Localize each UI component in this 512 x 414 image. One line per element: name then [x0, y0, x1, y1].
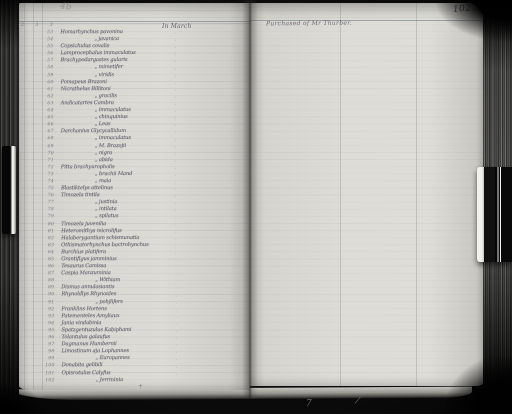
date-ditto-mark: ·: [175, 237, 177, 244]
date-ditto-mark: ·: [175, 258, 177, 265]
provenance-heading: Purchased of Mr Thurber.: [266, 20, 352, 28]
date-ditto-mark: ·: [174, 24, 176, 31]
date-ditto-mark: ·: [175, 88, 177, 95]
date-ditto-mark: ·: [175, 251, 177, 258]
date-ditto-mark: ·: [175, 222, 177, 229]
date-ditto-mark: ·: [175, 152, 177, 159]
date-ditto-mark: ·: [175, 308, 177, 315]
date-ditto-mark: ·: [175, 301, 177, 308]
page-bottom-mark: +: [138, 383, 143, 390]
date-ditto-mark: ·: [174, 52, 176, 59]
date-ditto-mark: ·: [176, 364, 178, 371]
date-ditto-mark: ·: [175, 116, 177, 123]
bottom-left-shadow: [0, 382, 44, 414]
date-ditto-mark: ·: [175, 74, 177, 81]
date-ditto-mark: ·: [176, 371, 178, 378]
date-ditto-mark: ·: [175, 279, 177, 286]
date-ditto-mark: ·: [175, 315, 177, 322]
date-ditto-mark: ·: [175, 322, 177, 329]
entry-name: „ Jerrininia: [96, 377, 123, 383]
date-ditto-mark: ·: [175, 187, 177, 194]
date-ditto-mark: ·: [174, 45, 176, 52]
left-edge-clip: [2, 146, 16, 234]
date-ditto-mark: ·: [175, 244, 177, 251]
date-ditto-mark: ·: [175, 144, 177, 151]
pencil-mark: 4b: [59, 1, 72, 13]
date-ditto-mark: ·: [175, 343, 177, 350]
bottom-right-shadow: [446, 356, 512, 414]
right-edge-clip: [477, 167, 512, 262]
date-ditto-mark: ·: [175, 208, 177, 215]
date-ditto-mark: ·: [175, 159, 177, 166]
date-ditto-mark: ·: [175, 272, 177, 279]
date-ditto-mark: ·: [176, 350, 178, 357]
date-ditto-mark: ·: [175, 109, 177, 116]
date-ditto-mark: ·: [175, 336, 177, 343]
left-page-header-rule: [18, 21, 250, 22]
right-page-column-rule-1: [340, 3, 341, 386]
date-ditto-mark: ·: [176, 357, 178, 364]
date-ditto-mark: ·: [175, 230, 177, 237]
date-ditto-mark: ·: [175, 166, 177, 173]
chalk-mark-slash: /: [355, 396, 360, 406]
date-ditto-mark: ·: [175, 173, 177, 180]
date-ditto-mark: ·: [175, 81, 177, 88]
date-ditto-mark: ·: [175, 201, 177, 208]
date-ditto-mark: ·: [174, 38, 176, 45]
book-gutter-shadow: [242, 0, 258, 399]
date-ditto-mark: ·: [175, 194, 177, 201]
chalk-mark-7: 7: [306, 399, 312, 409]
date-ditto-mark: ·: [175, 137, 177, 144]
date-ditto-mark: ·: [175, 265, 177, 272]
top-right-shadow: [436, 0, 512, 42]
date-ditto-mark: ·: [175, 123, 177, 130]
register-row: 102„ Jerrininia·: [19, 371, 251, 379]
register-rows: 53Homarhynchus pavonina·54„ javanica·55C…: [17, 24, 250, 379]
date-ditto-mark: ·: [175, 95, 177, 102]
date-ditto-mark: ·: [175, 66, 177, 73]
left-page: 2 3 3 In March 53Homarhynchus pavonina·5…: [18, 3, 250, 390]
date-ditto-mark: ·: [175, 180, 177, 187]
date-ditto-mark: ·: [175, 130, 177, 137]
date-ditto-mark: ·: [175, 293, 177, 300]
date-ditto-mark: ·: [174, 31, 176, 38]
date-ditto-mark: ·: [175, 215, 177, 222]
right-page-column-rule-2: [416, 3, 417, 386]
date-ditto-mark: ·: [175, 59, 177, 66]
date-ditto-mark: ·: [175, 286, 177, 293]
date-ditto-mark: ·: [175, 102, 177, 109]
date-ditto-mark: ·: [175, 329, 177, 336]
right-page: Purchased of Mr Thurber. 102.: [250, 3, 486, 386]
register-book-photo: 2 3 3 In March 53Homarhynchus pavonina·5…: [0, 0, 512, 414]
